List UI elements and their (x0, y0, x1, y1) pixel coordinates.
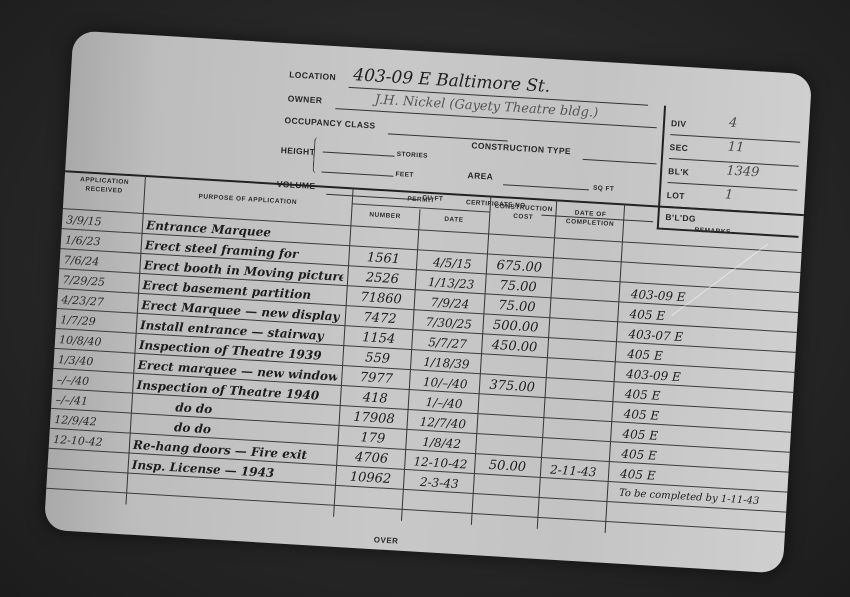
feet-label: FEET (395, 171, 414, 179)
header-application-received: APPLICATION RECEIVED (66, 174, 143, 196)
permit-number-cell: 10962 (339, 467, 402, 491)
permit-date-cell: 2-3-43 (407, 471, 472, 495)
location-label: LOCATION (289, 69, 336, 82)
scan-background: LOCATION 403-09 E Baltimore St. OWNER J.… (0, 0, 850, 597)
height-bracket (312, 137, 321, 173)
owner-label: OWNER (288, 93, 323, 105)
header-date-of-completion: DATE OF COMPLETION (559, 208, 622, 230)
header-date: DATE (421, 213, 487, 226)
construction-type-label: CONSTRUCTION TYPE (471, 140, 571, 156)
area-label: AREA (467, 170, 493, 182)
occupancy-class-label: OCCUPANCY CLASS (284, 115, 376, 130)
div-value: 4 (729, 116, 738, 131)
sq-ft-label: SQ FT (593, 185, 615, 193)
form-number (107, 35, 167, 39)
sec-value: 11 (727, 140, 744, 156)
permit-history-table: APPLICATION RECEIVED PURPOSE OF APPLICAT… (44, 170, 803, 563)
lot-label: LOT (666, 190, 685, 201)
height-label: HEIGHT (280, 145, 315, 157)
cost-cell (475, 475, 538, 499)
received-cell (51, 450, 122, 474)
sec-label: SEC (669, 142, 688, 153)
header-construction-cost: CONSTRUCTION COST (493, 202, 554, 224)
block-label: BL'K (668, 166, 690, 177)
permit-record-card: LOCATION 403-09 E Baltimore St. OWNER J.… (44, 30, 812, 573)
header-remarks: REMARKS (625, 222, 801, 241)
occupancy-class-line (388, 133, 508, 141)
completion-cell (541, 479, 604, 503)
div-label: DIV (671, 118, 687, 129)
header-number: NUMBER (353, 209, 417, 222)
header-purpose: PURPOSE OF APPLICATION (148, 189, 348, 210)
over-label: OVER (374, 535, 399, 545)
lot-value: 1 (724, 187, 733, 202)
feet-line (321, 171, 393, 176)
construction-type-line (583, 159, 657, 164)
area-line (503, 184, 589, 190)
stories-label: STORIES (396, 151, 428, 160)
block-value: 1349 (726, 163, 760, 180)
stories-line (323, 151, 395, 156)
